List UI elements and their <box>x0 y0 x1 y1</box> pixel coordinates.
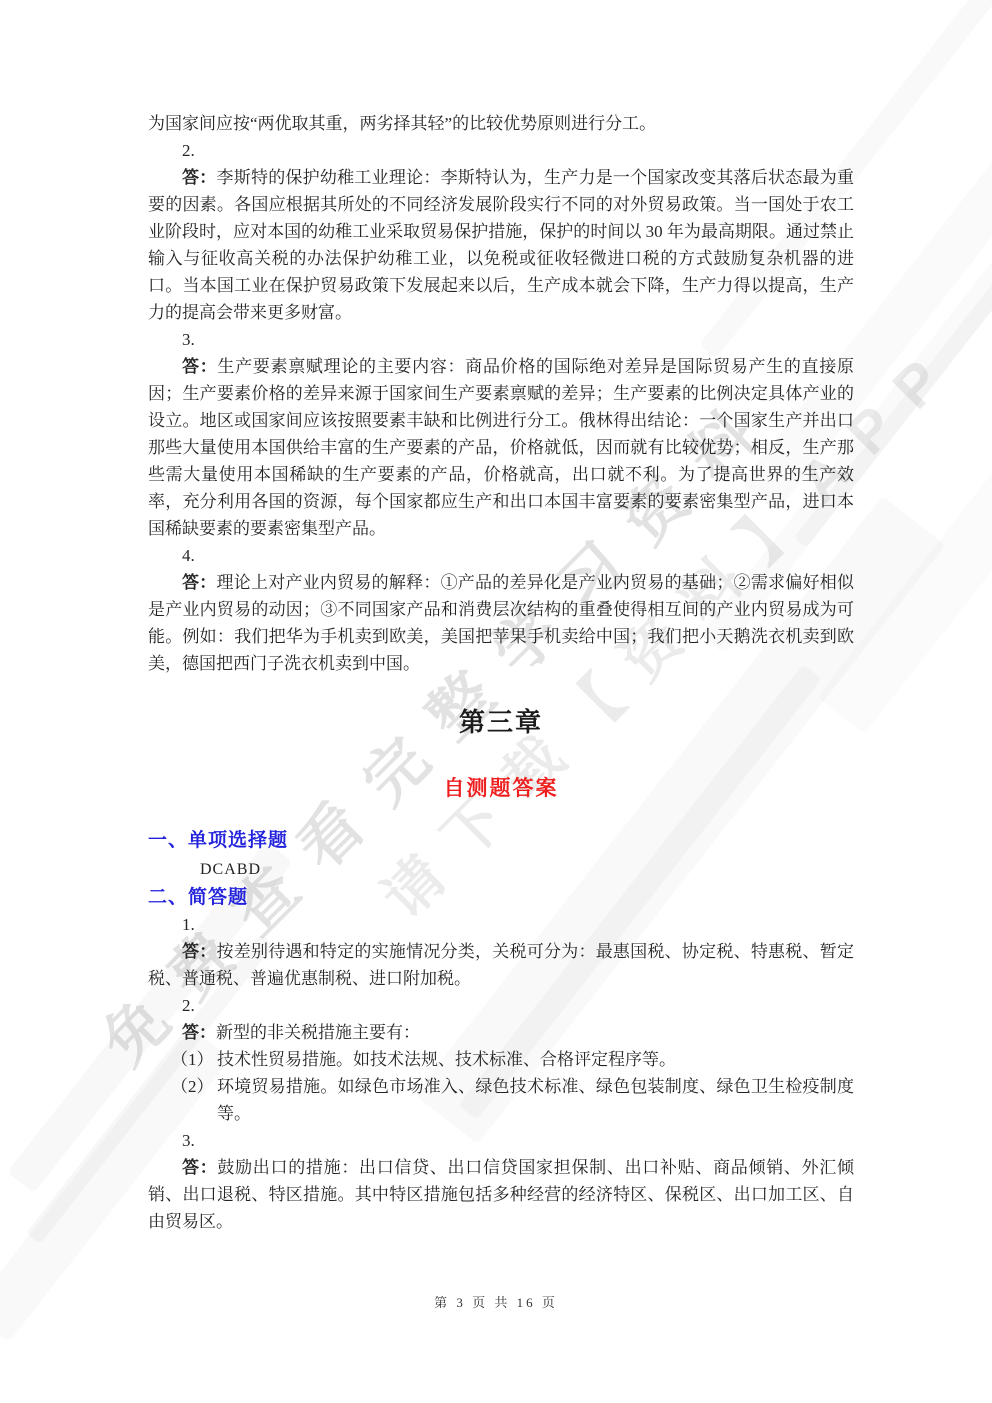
answer-text: 新型的非关税措施主要有： <box>216 1023 420 1042</box>
question-number: 2. <box>148 992 854 1019</box>
answer-paragraph: 答：鼓励出口的措施：出口信贷、出口信贷国家担保制、出口补贴、商品倾销、外汇倾销、… <box>148 1154 854 1235</box>
answer-text: 理论上对产业内贸易的解释：①产品的差异化是产业内贸易的基础；②需求偏好相似是产业… <box>148 573 854 673</box>
sub-item-text: 技术性贸易措施。如技术法规、技术标准、合格评定程序等。 <box>217 1050 676 1069</box>
page-footer: 第 3 页 共 16 页 <box>0 1294 992 1312</box>
sub-item-marker: （2） <box>171 1073 214 1100</box>
document-content: 为国家间应按“两优取其重，两劣择其轻”的比较优势原则进行分工。 2. 答：李斯特… <box>148 0 854 1235</box>
answer-text: 按差别待遇和特定的实施情况分类，关税可分为：最惠国税、协定税、特惠税、暂定税、普… <box>148 942 854 988</box>
document-page: 免费查看完整学习资料 请下载【资料】APP 为国家间应按“两优取其重，两劣择其轻… <box>0 0 992 1403</box>
question-number: 4. <box>148 542 854 569</box>
answer-label: 答： <box>182 1158 217 1177</box>
sub-item-1: （1）技术性贸易措施。如技术法规、技术标准、合格评定程序等。 <box>148 1046 854 1073</box>
question-number: 3. <box>148 1127 854 1154</box>
answer-label: 答： <box>182 1023 216 1042</box>
paragraph-continuation: 为国家间应按“两优取其重，两劣择其轻”的比较优势原则进行分工。 <box>148 110 854 137</box>
answer-paragraph: 答：李斯特的保护幼稚工业理论：李斯特认为，生产力是一个国家改变其落后状态最为重要… <box>148 164 854 326</box>
answer-label: 答： <box>182 573 216 592</box>
answer-text: 李斯特的保护幼稚工业理论：李斯特认为，生产力是一个国家改变其落后状态最为重要的因… <box>148 168 854 322</box>
question-number: 3. <box>148 326 854 353</box>
answer-text: 鼓励出口的措施：出口信贷、出口信贷国家担保制、出口补贴、商品倾销、外汇倾销、出口… <box>148 1158 854 1231</box>
sub-item-marker: （1） <box>171 1046 214 1073</box>
sub-item-text: 环境贸易措施。如绿色市场准入、绿色技术标准、绿色包装制度、绿色卫生检疫制度等。 <box>217 1077 854 1123</box>
answer-label: 答： <box>182 942 216 961</box>
question-number: 1. <box>148 911 854 938</box>
answer-label: 答： <box>182 168 216 187</box>
answer-label: 答： <box>182 357 217 376</box>
answer-paragraph: 答：新型的非关税措施主要有： <box>148 1019 854 1046</box>
chapter-title: 第三章 <box>148 706 854 738</box>
sub-item-2: （2）环境贸易措施。如绿色市场准入、绿色技术标准、绿色包装制度、绿色卫生检疫制度… <box>148 1073 854 1127</box>
answer-paragraph: 答：理论上对产业内贸易的解释：①产品的差异化是产业内贸易的基础；②需求偏好相似是… <box>148 569 854 677</box>
chapter-subtitle: 自测题答案 <box>148 775 854 802</box>
answer-text: 生产要素禀赋理论的主要内容：商品价格的国际绝对差异是国际贸易产生的直接原因；生产… <box>148 357 854 538</box>
multiple-choice-answers: DCABD <box>148 858 854 882</box>
question-number: 2. <box>148 137 854 164</box>
answer-paragraph: 答：按差别待遇和特定的实施情况分类，关税可分为：最惠国税、协定税、特惠税、暂定税… <box>148 938 854 992</box>
section-heading-short-answer: 二、简答题 <box>148 885 854 911</box>
section-heading-multiple-choice: 一、单项选择题 <box>148 828 854 854</box>
answer-paragraph: 答：生产要素禀赋理论的主要内容：商品价格的国际绝对差异是国际贸易产生的直接原因；… <box>148 353 854 542</box>
